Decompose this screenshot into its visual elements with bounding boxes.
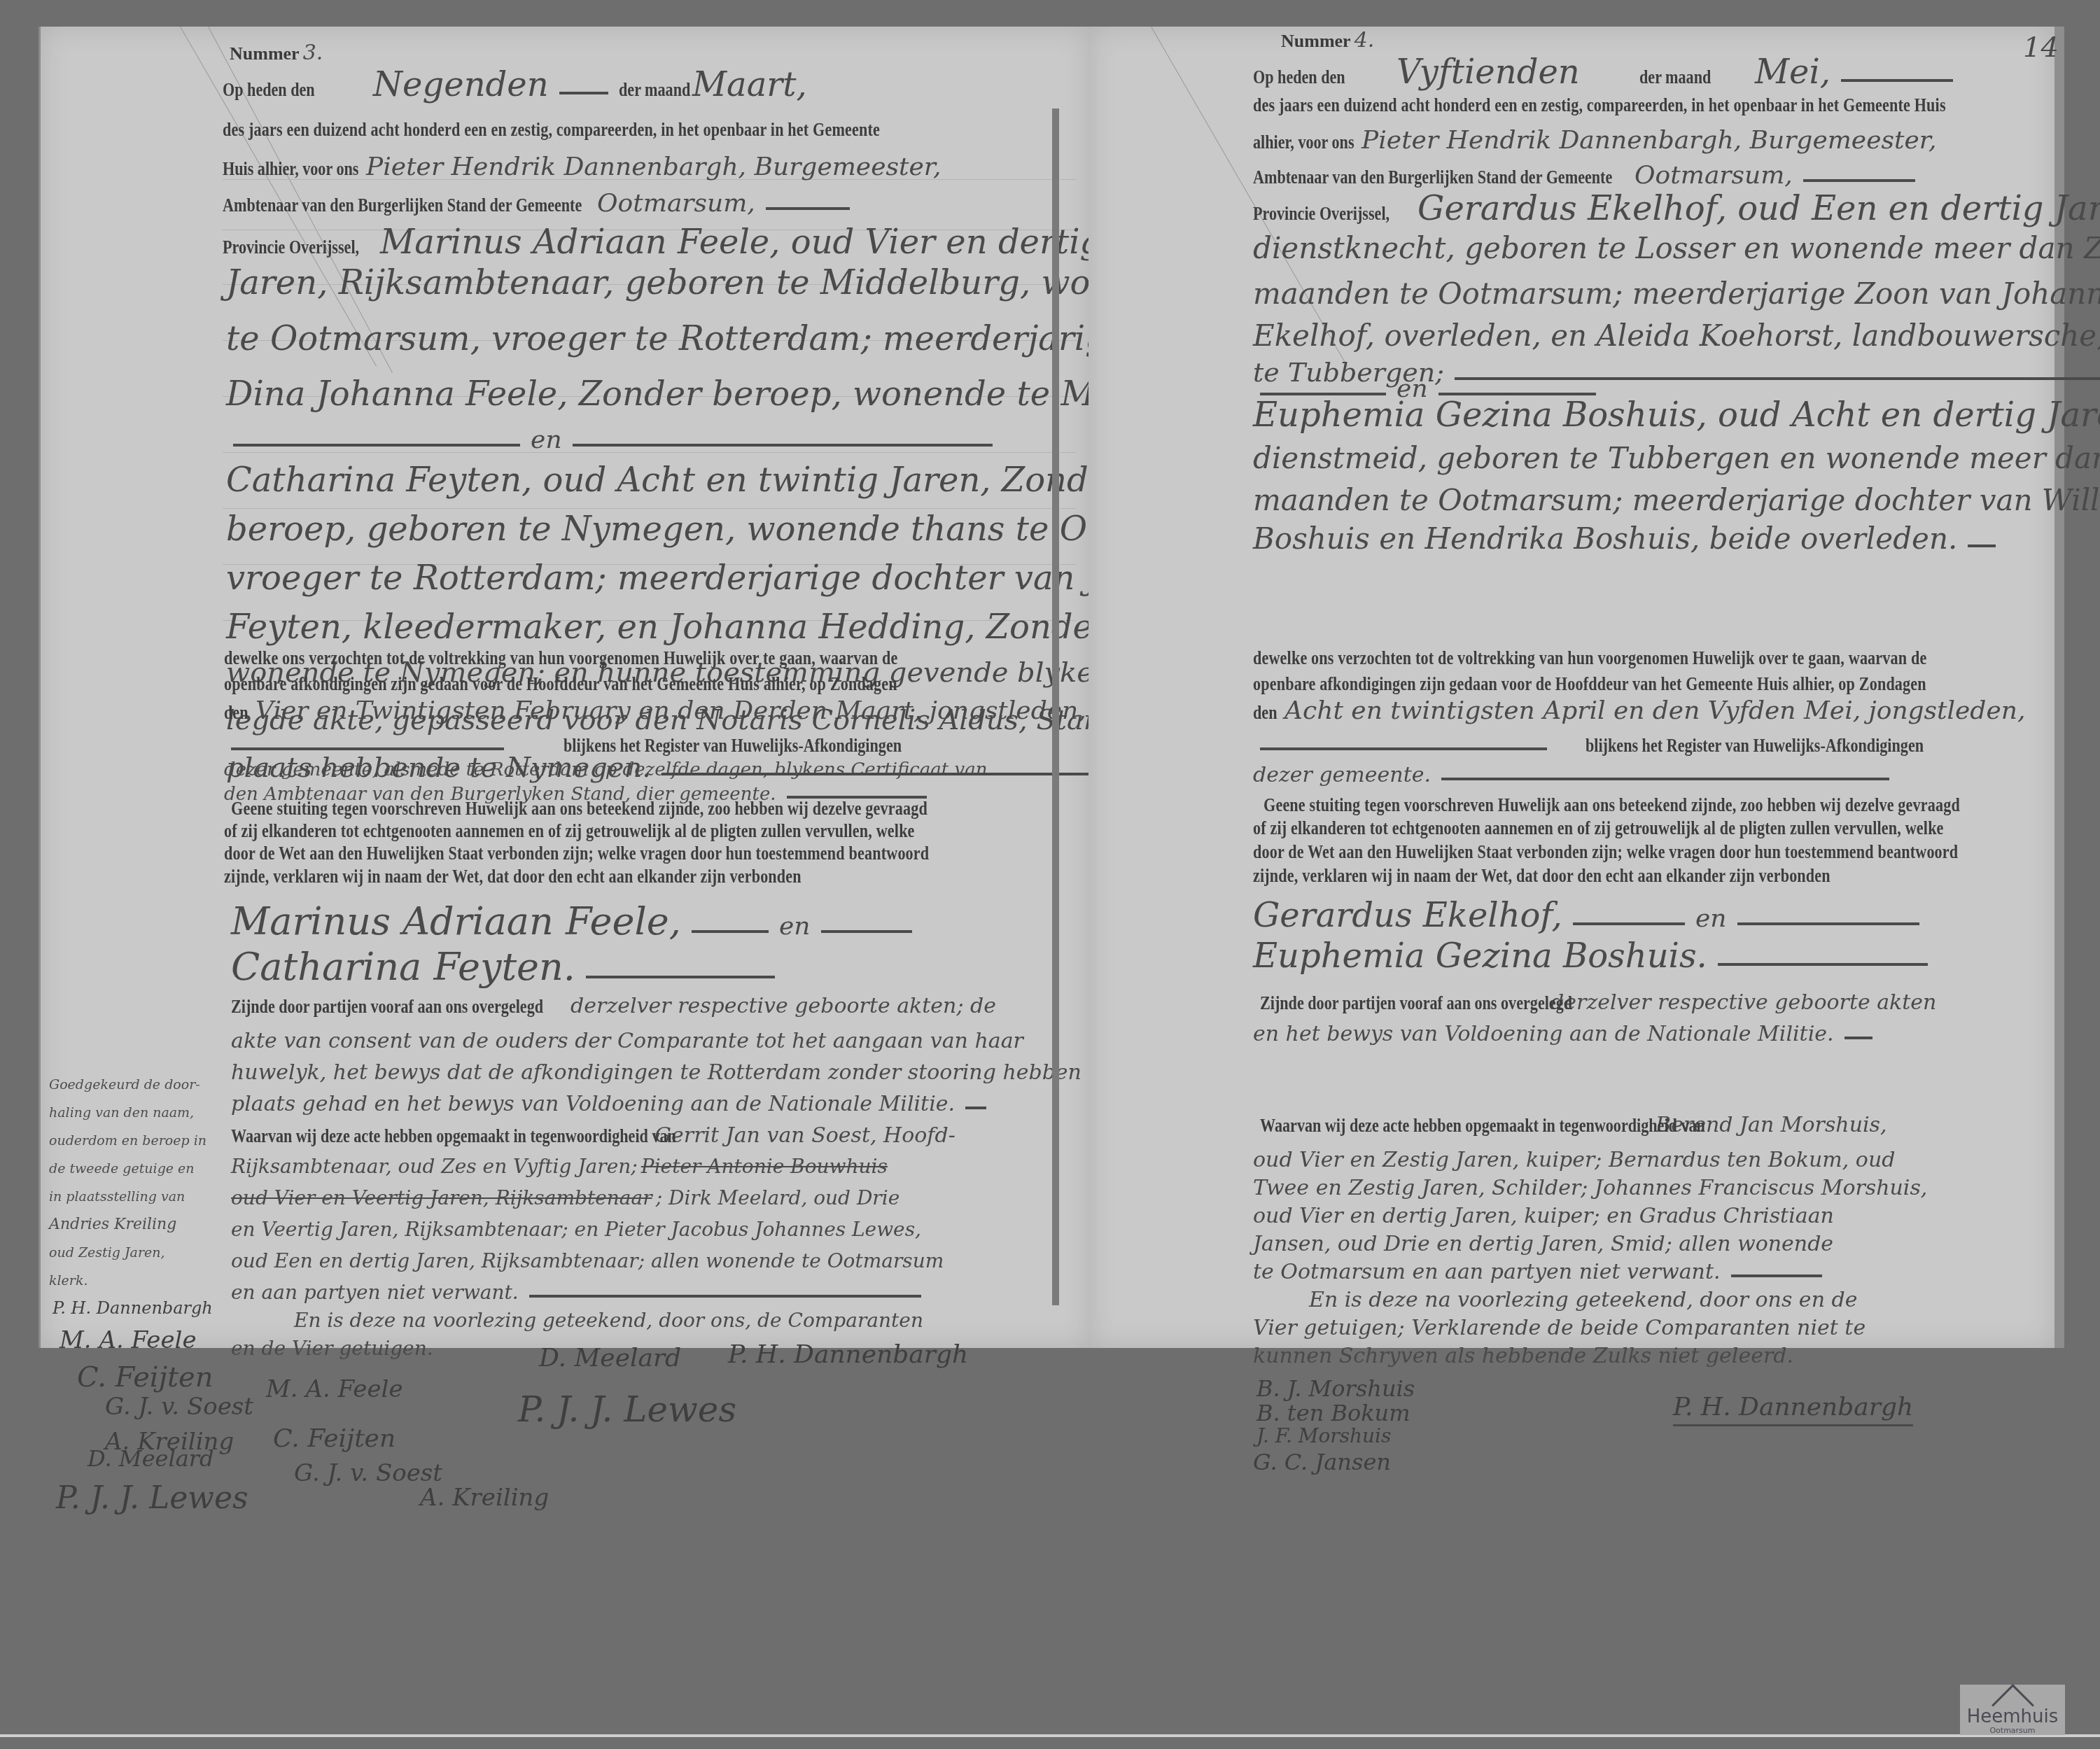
printed-register: blijkens het Register van Huwelijks-Afko…	[1585, 735, 1924, 757]
struck-witness-details: oud Vier en Veertig Jaren, Rijksambtenaa…	[231, 1186, 652, 1209]
scanner-edge-line	[0, 1734, 2100, 1737]
bride-details-1: dienstmeid, geboren te Tubbergen en wone…	[1253, 441, 2100, 475]
municipality-name: Ootmarsum,	[1634, 161, 1793, 190]
signature: G. J. v. Soest	[105, 1393, 253, 1421]
page-number: 14	[2023, 31, 2059, 64]
spouse1-name: Gerardus Ekelhof,	[1253, 896, 1562, 935]
printed-ambtenaar: Ambtenaar van den Burgerlijken Stand der…	[223, 195, 527, 216]
printed-register: blijkens het Register van Huwelijks-Afko…	[563, 735, 902, 757]
printed-year-line: des jaars een duizend acht honderd een e…	[1253, 94, 1946, 116]
printed-den: den	[1253, 702, 1276, 724]
printed-waarvan: Waarvan wij deze acte hebben opgemaakt i…	[231, 1125, 575, 1147]
documents-line-1: Zijnde door partijen vooraf aan ons over…	[1260, 990, 1936, 1015]
signature: C. Feijten	[273, 1424, 395, 1453]
witnesses-line-1: Waarvan wij deze acte hebben opgemaakt i…	[231, 1123, 955, 1148]
witnesses-line-5: oud Een en dertig Jaren, Rijksambtenaar;…	[231, 1249, 944, 1272]
declaration-line-2: of zij elkanderen tot echtgenooten aanne…	[224, 820, 915, 842]
documents-hand-2: akte van consent van de ouders der Compa…	[231, 1029, 1023, 1053]
printed-waarvan: Waarvan wij deze acte hebben opgemaakt i…	[1260, 1115, 1581, 1137]
spouse-line-1: Gerardus Ekelhof, en	[1253, 896, 1926, 935]
margin-annotation: Goedgekeurd de door- haling van den naam…	[49, 1071, 206, 1295]
witness-1: Gerrit Jan van Soest, Hoofd-	[654, 1123, 955, 1148]
signature: P. H. Dannenbargh	[728, 1340, 968, 1369]
signature: D. Meelard	[539, 1344, 681, 1372]
spouse-line-1: Marinus Adriaan Feele, en	[231, 899, 919, 943]
signature: M. A. Feele	[59, 1326, 197, 1354]
signature: P. J. J. Lewes	[518, 1389, 736, 1430]
province-line: Provincie Overijssel, Marinus Adriaan Fe…	[223, 223, 1101, 262]
month-handwritten: Mei,	[1755, 52, 1830, 92]
declaration-line-4: zijnde, verklaren wij in naam der Wet, d…	[224, 866, 801, 887]
signature: P. J. J. Lewes	[56, 1480, 248, 1516]
signature: G. C. Jansen	[1253, 1449, 1391, 1475]
witnesses-line-4: oud Vier en dertig Jaren, kuiper; en Gra…	[1253, 1204, 1834, 1228]
signature: P. H. Dannenbargh	[1673, 1393, 1913, 1426]
printed-der-maand: der maand	[619, 79, 676, 101]
signature: C. Feijten	[77, 1361, 213, 1393]
municipality-line: Ambtenaar van den Burgerlijken Stand der…	[1253, 161, 1922, 190]
proclamation-line-5: dezer gemeente.	[1253, 763, 1896, 787]
ruling-line	[223, 508, 1077, 509]
date-line: Op heden den Negenden der maand Maart,	[223, 65, 807, 104]
spouse2-name: Euphemia Gezina Boshuis.	[1253, 936, 1707, 976]
documents-hand-4: plaats gehad en het bewys van Voldoening…	[231, 1092, 955, 1116]
printed-voor-ons: Huis alhier, voor ons	[223, 158, 337, 180]
nummer-label: Nummer	[230, 43, 300, 64]
proclamation-line-2: openbare afkondigingen zijn gedaan voor …	[224, 673, 897, 695]
signature: M. A. Feele	[266, 1375, 403, 1403]
documents-hand-1: derzelver respective geboorte akten; de	[570, 994, 996, 1018]
declaration-line-2: of zij elkanderen tot echtgenooten aanne…	[1253, 817, 1944, 839]
signature: G. J. v. Soest	[294, 1459, 442, 1487]
witnesses-line-1: Waarvan wij deze acte hebben opgemaakt i…	[1260, 1113, 1887, 1137]
printed-year-line: des jaars een duizend acht honderd een e…	[223, 119, 880, 141]
declaration-line-1: Geene stuiting tegen voorschreven Huweli…	[1263, 794, 1960, 816]
entry-number: Nummer 4.	[1281, 28, 1374, 52]
province-line: Provincie Overijssel, Gerardus Ekelhof, …	[1253, 189, 2100, 228]
printed-op-heden: Op heden den	[1253, 66, 1368, 88]
documents-hand-3: huwelyk, het bewys dat de afkondigingen …	[231, 1060, 1081, 1085]
margin-note-line: de tweede getuige en	[49, 1155, 206, 1183]
documents-hand-1: derzelver respective geboorte akten	[1550, 990, 1936, 1015]
proclamation-line-3: den Acht en twintigsten April en den Vyf…	[1253, 696, 2025, 725]
mayor-name: Pieter Hendrik Dannenbargh, Burgemeester…	[366, 153, 941, 181]
heemhuis-logo: Heemhuis Ootmarsum	[1960, 1685, 2065, 1735]
nummer-value: 4.	[1354, 28, 1375, 52]
date-line: Op heden den Vyftienden der maand Mei,	[1253, 52, 1960, 92]
municipality-line: Ambtenaar van den Burgerlijken Stand der…	[223, 189, 857, 218]
witness-1-details: Rijksambtenaar, oud Zes en Vyftig Jaren;	[231, 1155, 638, 1178]
documents-line-2: en het bewys van Voldoening aan de Natio…	[1253, 1022, 1879, 1046]
printed-den: den	[224, 702, 247, 724]
bride-name-age: Catharina Feyten, oud Acht en twintig Ja…	[226, 461, 1124, 500]
groom-details-1: dienstknecht, geboren te Losser en wonen…	[1253, 231, 2100, 265]
closing-line-3: kunnen Schryven als hebbende Zulks niet …	[1253, 1344, 1793, 1368]
month-handwritten: Maart,	[692, 65, 807, 104]
proclamation-line-1: dewelke ons verzochten tot de voltrekkin…	[1253, 647, 1926, 669]
printed-der-maand: der maand	[1639, 66, 1731, 88]
proclamation-line-2: openbare afkondigingen zijn gedaan voor …	[1253, 673, 1926, 695]
closing-line-1: En is deze na voorlezing geteekend, door…	[1309, 1288, 1857, 1312]
spouse-line-2: Euphemia Gezina Boshuis.	[1253, 936, 1935, 976]
margin-note-line: in plaatsstelling van	[49, 1183, 206, 1211]
not-related: en aan partyen niet verwant.	[231, 1281, 519, 1304]
margin-note-line: Andries Kreiling	[49, 1211, 206, 1239]
struck-witness-name: Pieter Antonie Bouwhuis	[641, 1155, 888, 1178]
proclamation-municipality: dezer gemeente.	[1253, 763, 1431, 787]
declaration-line-1: Geene stuiting tegen voorschreven Huweli…	[231, 798, 927, 820]
signature: A. Kreiling	[420, 1484, 549, 1512]
spouse2-name: Catharina Feyten.	[231, 945, 575, 989]
witnesses-line-3: Twee en Zestig Jaren, Schilder; Johannes…	[1253, 1176, 1927, 1200]
documents-line-4: plaats gehad en het bewys van Voldoening…	[231, 1092, 993, 1116]
official-line: Huis alhier, voor ons Pieter Hendrik Dan…	[223, 153, 941, 181]
official-line: alhier, voor ons Pieter Hendrik Dannenba…	[1253, 126, 1936, 155]
signature: D. Meelard	[87, 1445, 214, 1472]
signature: B. ten Bokum	[1256, 1400, 1410, 1426]
signature: B. J. Morshuis	[1256, 1375, 1415, 1402]
proclamation-line-4: blijkens het Register van Huwelijks-Afko…	[224, 735, 976, 757]
signature: P. H. Dannenbargh	[52, 1298, 213, 1318]
printed-ambtenaar: Ambtenaar van den Burgerlijken Stand der…	[1253, 167, 1563, 188]
proclamation-line-1: dewelke ons verzochten tot de voltrekkin…	[224, 647, 897, 669]
declaration-line-3: door de Wet aan den Huwelijken Staat ver…	[1253, 841, 1958, 863]
entry-number: Nummer 3.	[230, 41, 323, 65]
bride-parents: Boshuis en Hendrika Boshuis, beide overl…	[1253, 521, 1957, 556]
documents-line-1: Zijnde door partijen vooraf aan ons over…	[231, 994, 996, 1018]
proclamation-line-3: den Vier en Twintigsten February en den …	[224, 696, 1086, 725]
groom-residence-line: te Tubbergen;	[1253, 346, 2100, 377]
witness-2: ; Dirk Meelard, oud Drie	[656, 1186, 900, 1209]
day-handwritten: Negenden	[373, 65, 549, 104]
groom-name-age: Marinus Adriaan Feele, oud Vier en derti…	[380, 223, 1101, 262]
book-spine	[1052, 108, 1059, 1305]
proclamation-dates: Vier en Twintigsten February en den Derd…	[255, 696, 1086, 725]
margin-note-line: oud Zestig Jaren,	[49, 1239, 206, 1267]
witnesses-line-6: en aan partyen niet verwant.	[231, 1281, 928, 1304]
printed-voor-ons: alhier, voor ons	[1253, 132, 1339, 153]
closing-line-1: En is deze na voorlezing geteekend, door…	[294, 1309, 923, 1332]
municipality-name: Ootmarsum,	[597, 189, 755, 218]
bride-parents-line: Boshuis en Hendrika Boshuis, beide overl…	[1253, 521, 2003, 556]
en-word: en	[779, 912, 811, 941]
margin-note-line: ouderdom en beroep in	[49, 1127, 206, 1155]
printed-provincie: Provincie Overijssel,	[223, 237, 349, 258]
bride-name-age: Euphemia Gezina Boshuis, oud Acht en der…	[1253, 395, 2100, 435]
witnesses-line-2: oud Vier en Zestig Jaren, kuiper; Bernar…	[1253, 1148, 1895, 1172]
en-word: en	[531, 426, 562, 454]
not-related: te Ootmarsum en aan partyen niet verwant…	[1253, 1260, 1721, 1284]
closing-line-2: en de Vier getuigen.	[231, 1337, 433, 1360]
margin-note-line: haling van den naam,	[49, 1099, 206, 1127]
proclamation-line-5: dezer gemeente, alsmede te Rotterdam op …	[224, 759, 988, 780]
margin-note-line: klerk.	[49, 1267, 206, 1295]
proclamation-line-4: blijkens het Register van Huwelijks-Afko…	[1253, 735, 1998, 757]
closing-line-2: Vier getuigen; Verklarende de beide Comp…	[1253, 1316, 1865, 1340]
documents-hand-2: en het bewys van Voldoening aan de Natio…	[1253, 1022, 1834, 1046]
en-separator: en	[226, 426, 1000, 454]
declaration-line-3: door de Wet aan den Huwelijken Staat ver…	[224, 843, 929, 864]
witnesses-line-6: te Ootmarsum en aan partyen niet verwant…	[1253, 1260, 1829, 1284]
proclamation-dates: Acht en twintigsten April en den Vyfden …	[1284, 696, 2025, 725]
declaration-line-4: zijnde, verklaren wij in naam der Wet, d…	[1253, 865, 1830, 887]
nummer-value: 3.	[303, 41, 323, 65]
mayor-name: Pieter Hendrik Dannenbargh, Burgemeester…	[1361, 126, 1936, 155]
bride-details-2: maanden te Ootmarsum; meerderjarige doch…	[1253, 483, 2100, 517]
margin-note-line: Goedgekeurd de door-	[49, 1071, 206, 1099]
witnesses-line-5: Jansen, oud Drie en dertig Jaren, Smid; …	[1253, 1232, 1833, 1256]
printed-zijnde: Zijnde door partijen vooraf aan ons over…	[231, 996, 507, 1018]
day-handwritten: Vyftienden	[1396, 52, 1580, 92]
spouse-line-2: Catharina Feyten.	[231, 945, 782, 989]
printed-op-heden: Op heden den	[223, 79, 320, 101]
groom-name-age: Gerardus Ekelhof, oud Een en dertig Jare…	[1417, 189, 2100, 228]
witnesses-line-4: en Veertig Jaren, Rijksambtenaar; en Pie…	[231, 1218, 921, 1241]
printed-zijnde: Zijnde door partijen vooraf aan ons over…	[1260, 992, 1495, 1014]
en-word: en	[1695, 904, 1727, 933]
witnesses-line-3: oud Vier en Veertig Jaren, Rijksambtenaa…	[231, 1186, 899, 1209]
nummer-label: Nummer	[1281, 31, 1351, 51]
groom-details-2: maanden te Ootmarsum; meerderjarige Zoon…	[1253, 276, 2100, 311]
signature: J. F. Morshuis	[1256, 1424, 1391, 1447]
printed-provincie: Provincie Overijssel,	[1253, 203, 1385, 225]
witnesses-line-2: Rijksambtenaar, oud Zes en Vyftig Jaren;…	[231, 1155, 888, 1178]
spouse1-name: Marinus Adriaan Feele,	[231, 899, 681, 943]
